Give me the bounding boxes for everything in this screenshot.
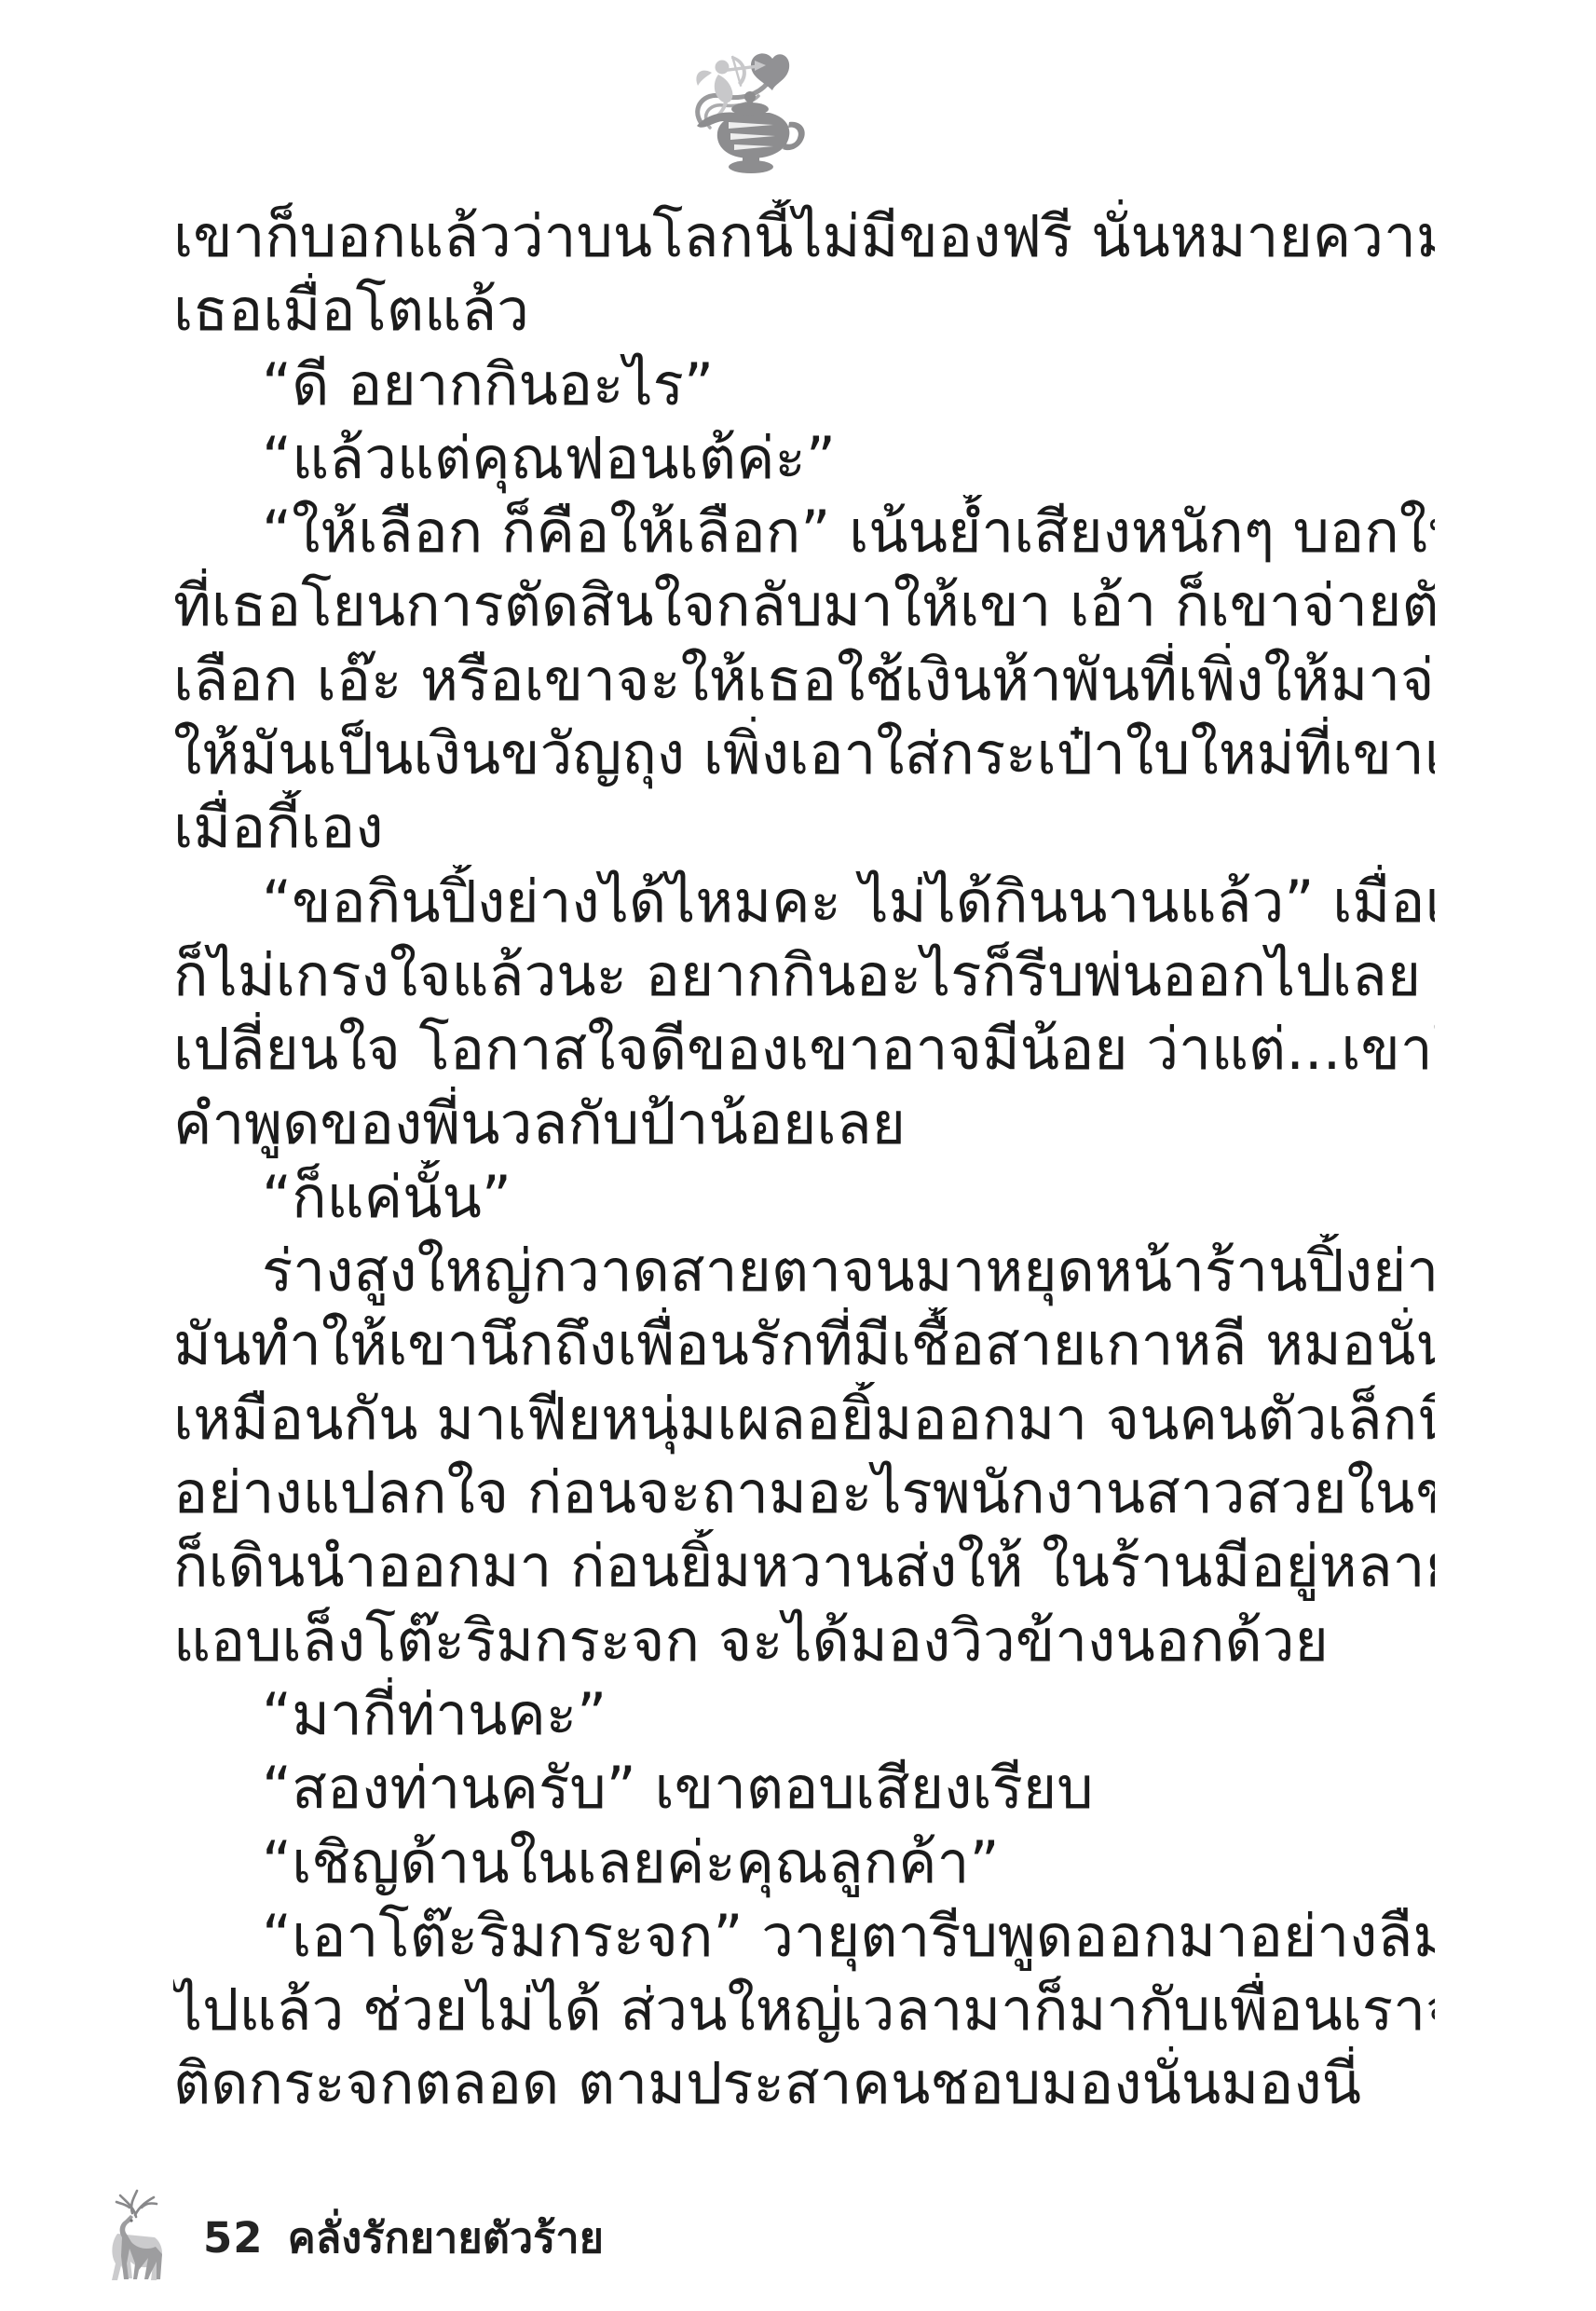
page-body-text: เขาก็บอกแล้วว่าบนโลกนี้ไม่มีของฟรี นั่นห… bbox=[173, 199, 1435, 2121]
body-line: “ก็แค่นั้น” bbox=[173, 1160, 1435, 1234]
deer-icon bbox=[104, 2189, 179, 2286]
body-line: “ให้เลือก ก็คือให้เลือก” เน้นย้ำเสียงหนั… bbox=[173, 495, 1435, 568]
body-line: มันทำให้เขานึกถึงเพื่อนรักที่มีเชื้อสายเ… bbox=[173, 1307, 1435, 1381]
body-line: เธอเมื่อโตแล้ว bbox=[173, 273, 1435, 347]
body-line: เลือก เอ๊ะ หรือเขาจะให้เธอใช้เงินห้าพันท… bbox=[173, 643, 1435, 717]
body-line: “ขอกินปิ้งย่างได้ไหมคะ ไม่ได้กินนานแล้ว”… bbox=[173, 865, 1435, 938]
book-page: เขาก็บอกแล้วว่าบนโลกนี้ไม่มีของฟรี นั่นห… bbox=[0, 0, 1596, 2311]
body-line: “สองท่านครับ” เขาตอบเสียงเรียบ bbox=[173, 1751, 1435, 1825]
body-line: ร่างสูงใหญ่กวาดสายตาจนมาหยุดหน้าร้านปิ้ง… bbox=[173, 1234, 1435, 1307]
body-line: “ดี อยากกินอะไร” bbox=[173, 348, 1435, 421]
body-line: เขาก็บอกแล้วว่าบนโลกนี้ไม่มีของฟรี นั่นห… bbox=[173, 199, 1435, 273]
body-line: ติดกระจกตลอด ตามประสาคนชอบมองนั่นมองนี่ bbox=[173, 2046, 1435, 2120]
genie-lamp bbox=[697, 91, 805, 173]
body-line: คำพูดของพี่นวลกับป้าน้อยเลย bbox=[173, 1087, 1435, 1160]
page-number: 52 bbox=[203, 2213, 264, 2263]
body-line: เปลี่ยนใจ โอกาสใจดีของเขาอาจมีน้อย ว่าแต… bbox=[173, 1012, 1435, 1086]
body-line: “แล้วแต่คุณฟอนเต้ค่ะ” bbox=[173, 421, 1435, 495]
cupid-genie-lamp-icon bbox=[691, 47, 809, 175]
book-title: คลั่งรักยายตัวร้าย bbox=[288, 2204, 604, 2271]
body-line: ไปแล้ว ช่วยไม่ได้ ส่วนใหญ่เวลามาก็มากับเ… bbox=[173, 1973, 1435, 2046]
body-line: ที่เธอโยนการตัดสินใจกลับมาให้เขา เอ้า ก็… bbox=[173, 568, 1435, 642]
body-line: ก็เดินนำออกมา ก่อนยิ้มหวานส่งให้ ในร้านม… bbox=[173, 1529, 1435, 1603]
page-footer: 52 คลั่งรักยายตัวร้าย bbox=[104, 2188, 604, 2287]
body-line: ให้มันเป็นเงินขวัญถุง เพิ่งเอาใส่กระเป๋า… bbox=[173, 717, 1435, 790]
body-line: เมื่อกี้เอง bbox=[173, 790, 1435, 864]
body-line: “มากี่ท่านคะ” bbox=[173, 1677, 1435, 1751]
body-line: เหมือนกัน มาเฟียหนุ่มเผลอยิ้มออกมา จนคนต… bbox=[173, 1382, 1435, 1456]
body-line: ก็ไม่เกรงใจแล้วนะ อยากกินอะไรก็รีบพ่นออก… bbox=[173, 938, 1435, 1012]
body-line: “เชิญด้านในเลยค่ะคุณลูกค้า” bbox=[173, 1826, 1435, 1899]
body-line: อย่างแปลกใจ ก่อนจะถามอะไรพนักงานสาวสวยใน… bbox=[173, 1456, 1435, 1529]
body-line: “เอาโต๊ะริมกระจก” วายุตารีบพูดออกมาอย่าง… bbox=[173, 1899, 1435, 1973]
body-line: แอบเล็งโต๊ะริมกระจก จะได้มองวิวข้างนอกด้… bbox=[173, 1604, 1435, 1677]
